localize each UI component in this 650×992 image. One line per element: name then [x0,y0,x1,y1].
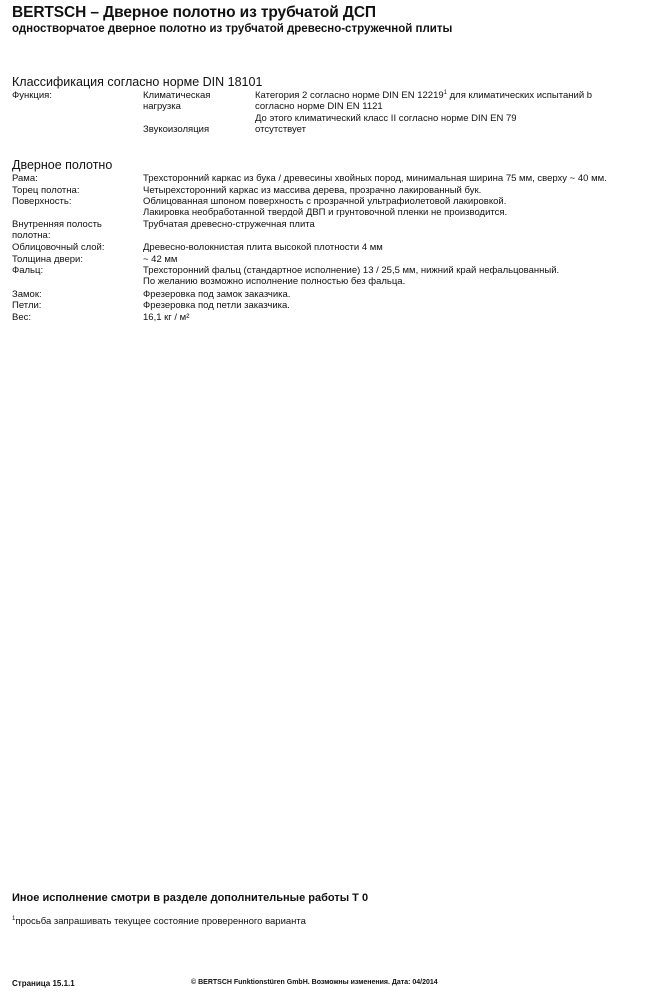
climate-value: Категория 2 согласно норме DIN EN 122191… [255,90,650,124]
classification-heading: Классификация согласно норме DIN 18101 [12,75,262,89]
document-subtitle: одностворчатое дверное полотно из трубча… [12,23,452,35]
sound-label: Звукоизоляция [143,124,253,135]
document-title: BERTSCH – Дверное полотно из трубчатой Д… [12,4,376,22]
sound-value: отсутствует [255,124,650,135]
other-version-note: Иное исполнение смотри в разделе дополни… [12,892,368,904]
function-label: Функция: [12,90,140,101]
door-leaf-heading: Дверное полотно [12,158,112,172]
climate-label: Климатическая нагрузка [143,90,253,113]
footnote: 1просьба запрашивать текущее состояние п… [12,916,306,927]
page-number: Страница 15.1.1 [12,979,75,988]
copyright-notice: © BERTSCH Funktionstüren GmbH. Возможны … [191,979,438,986]
